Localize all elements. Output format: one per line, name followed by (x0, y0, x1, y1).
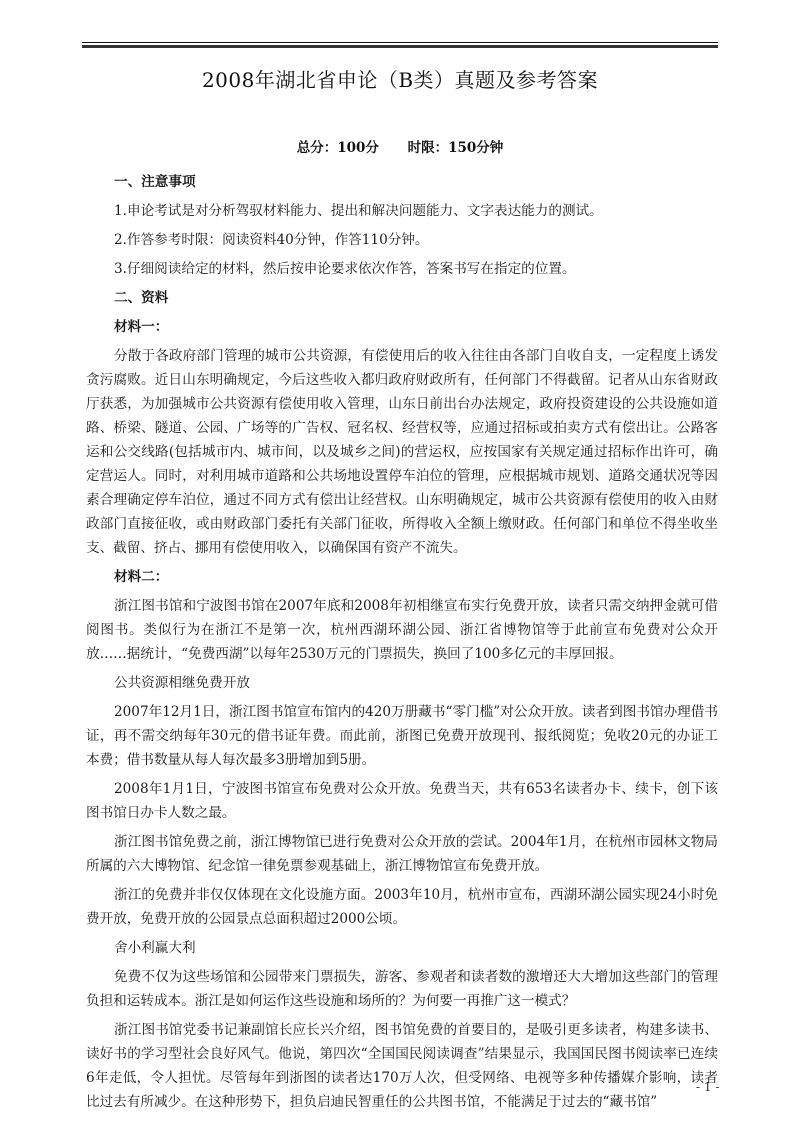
total-score: 总分：100分 (297, 140, 379, 156)
note-item: 1.申论考试是对分析驾驭材料能力、提出和解决问题能力、文字表达能力的测试。 (86, 199, 718, 223)
note-item: 2.作答参考时限：阅读资料40分钟，作答110分钟。 (86, 228, 718, 252)
material2-heading: 材料二： (86, 565, 718, 589)
score-line: 总分：100分 时限：150分钟 (0, 136, 800, 156)
material2-paragraph: 浙江的免费并非仅仅体现在文化设施方面。2003年10月，杭州市宣布，西湖环湖公园… (86, 883, 718, 931)
material1-heading: 材料一： (86, 315, 718, 339)
material2-paragraph: 2008年1月1日，宁波图书馆宣布免费对公众开放。免费当天，共有653名读者办卡… (86, 777, 718, 825)
header-rule-thin (82, 42, 718, 43)
time-limit: 时限：150分钟 (408, 140, 504, 156)
material2-paragraph: 2007年12月1日，浙江图书馆宣布馆内的420万册藏书“零门槛”对公众开放。读… (86, 700, 718, 772)
document-title: 2008年湖北省申论（B类）真题及参考答案 (0, 64, 800, 93)
material2-paragraph: 浙江图书馆免费之前，浙江博物馆已进行免费对公众开放的尝试。2004年1月，在杭州… (86, 830, 718, 878)
section-heading-notes: 一、注意事项 (86, 170, 718, 194)
material2-paragraph: 浙江图书馆党委书记兼副馆长应长兴介绍，图书馆免费的首要目的，是吸引更多读者，构建… (86, 1018, 718, 1114)
page-number: - 1 - (696, 1080, 719, 1094)
material1-paragraph: 分散于各政府部门管理的城市公共资源，有偿使用后的收入往往由各部门自收自支，一定程… (86, 344, 718, 560)
material2-subheading: 公共资源相继免费开放 (86, 671, 718, 695)
material2-subheading: 舍小利赢大利 (86, 936, 718, 960)
note-item: 3.仔细阅读给定的材料，然后按申论要求依次作答，答案书写在指定的位置。 (86, 257, 718, 281)
document-body: 一、注意事项 1.申论考试是对分析驾驭材料能力、提出和解决问题能力、文字表达能力… (86, 170, 718, 1119)
header-rule-thick (82, 45, 718, 48)
material2-paragraph: 免费不仅为这些场馆和公园带来门票损失，游客、参观者和读者数的激增还大大增加这些部… (86, 965, 718, 1013)
section-heading-materials: 二、资料 (86, 286, 718, 310)
material2-intro: 浙江图书馆和宁波图书馆在2007年底和2008年初相继宣布实行免费开放，读者只需… (86, 594, 718, 666)
